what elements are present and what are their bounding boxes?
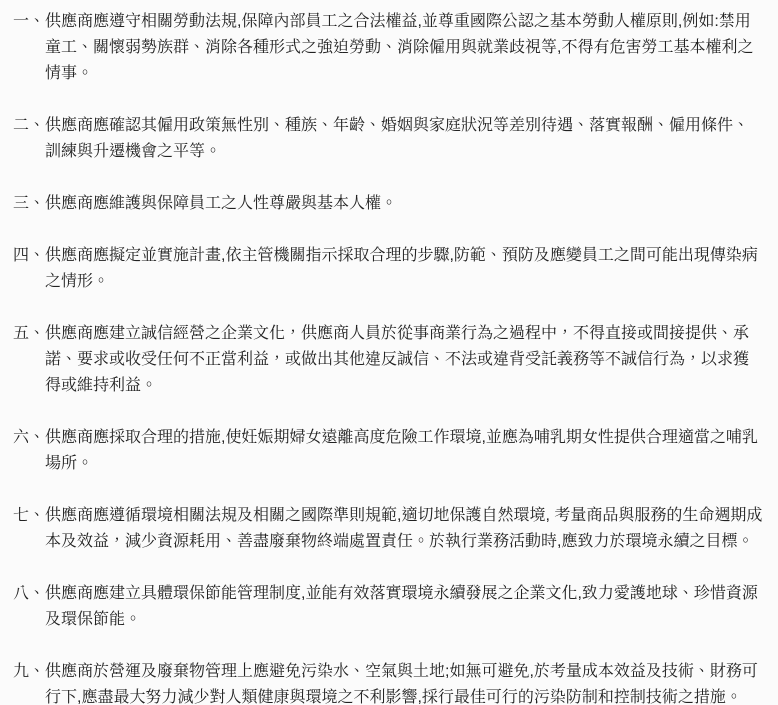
clause-text: 供應商應採取合理的措施,使妊娠期婦女遠離高度危險工作環境,並應為哺乳期女性提供合… — [45, 425, 765, 477]
clause-number: 五、 — [13, 321, 45, 347]
clause-text: 供應商應建立誠信經營之企業文化，供應商人員於從事商業行為之過程中，不得直接或間接… — [45, 321, 765, 399]
clause-number: 一、 — [13, 9, 45, 35]
clause-text: 供應商應建立具體環保節能管理制度,並能有效落實環境永續發展之企業文化,致力愛護地… — [45, 581, 765, 633]
clause-number: 三、 — [13, 191, 45, 217]
clause-item: 八、 供應商應建立具體環保節能管理制度,並能有效落實環境永續發展之企業文化,致力… — [13, 581, 765, 633]
clause-number: 八、 — [13, 581, 45, 607]
clause-number: 九、 — [13, 659, 45, 685]
clause-text: 供應商應遵守相關勞動法規,保障內部員工之合法權益,並尊重國際公認之基本勞動人權原… — [45, 9, 765, 87]
clause-number: 六、 — [13, 425, 45, 451]
clause-item: 四、 供應商應擬定並實施計畫,依主管機關指示採取合理的步驟,防範、預防及應變員工… — [13, 243, 765, 295]
clause-item: 六、 供應商應採取合理的措施,使妊娠期婦女遠離高度危險工作環境,並應為哺乳期女性… — [13, 425, 765, 477]
clause-text: 供應商應確認其僱用政策無性別、種族、年齡、婚姻與家庭狀況等差別待遇、落實報酬、僱… — [45, 113, 765, 165]
clause-text: 供應商應維護與保障員工之人性尊嚴與基本人權。 — [45, 191, 765, 217]
clause-item: 五、 供應商應建立誠信經營之企業文化，供應商人員於從事商業行為之過程中，不得直接… — [13, 321, 765, 399]
clause-item: 二、 供應商應確認其僱用政策無性別、種族、年齡、婚姻與家庭狀況等差別待遇、落實報… — [13, 113, 765, 165]
supplier-code-document: 一、 供應商應遵守相關勞動法規,保障內部員工之合法權益,並尊重國際公認之基本勞動… — [0, 0, 778, 705]
clause-item: 三、 供應商應維護與保障員工之人性尊嚴與基本人權。 — [13, 191, 765, 217]
clause-item: 一、 供應商應遵守相關勞動法規,保障內部員工之合法權益,並尊重國際公認之基本勞動… — [13, 9, 765, 87]
clause-number: 四、 — [13, 243, 45, 269]
clause-text: 供應商應遵循環境相關法規及相關之國際準則規範,適切地保護自然環境, 考量商品與服… — [45, 503, 765, 555]
clause-text: 供應商於營運及廢棄物管理上應避免污染水、空氣與土地;如無可避免,於考量成本效益及… — [45, 659, 765, 705]
clause-number: 七、 — [13, 503, 45, 529]
clause-text: 供應商應擬定並實施計畫,依主管機關指示採取合理的步驟,防範、預防及應變員工之間可… — [45, 243, 765, 295]
clause-number: 二、 — [13, 113, 45, 139]
clause-list: 一、 供應商應遵守相關勞動法規,保障內部員工之合法權益,並尊重國際公認之基本勞動… — [13, 9, 765, 705]
clause-item: 九、 供應商於營運及廢棄物管理上應避免污染水、空氣與土地;如無可避免,於考量成本… — [13, 659, 765, 705]
clause-item: 七、 供應商應遵循環境相關法規及相關之國際準則規範,適切地保護自然環境, 考量商… — [13, 503, 765, 555]
